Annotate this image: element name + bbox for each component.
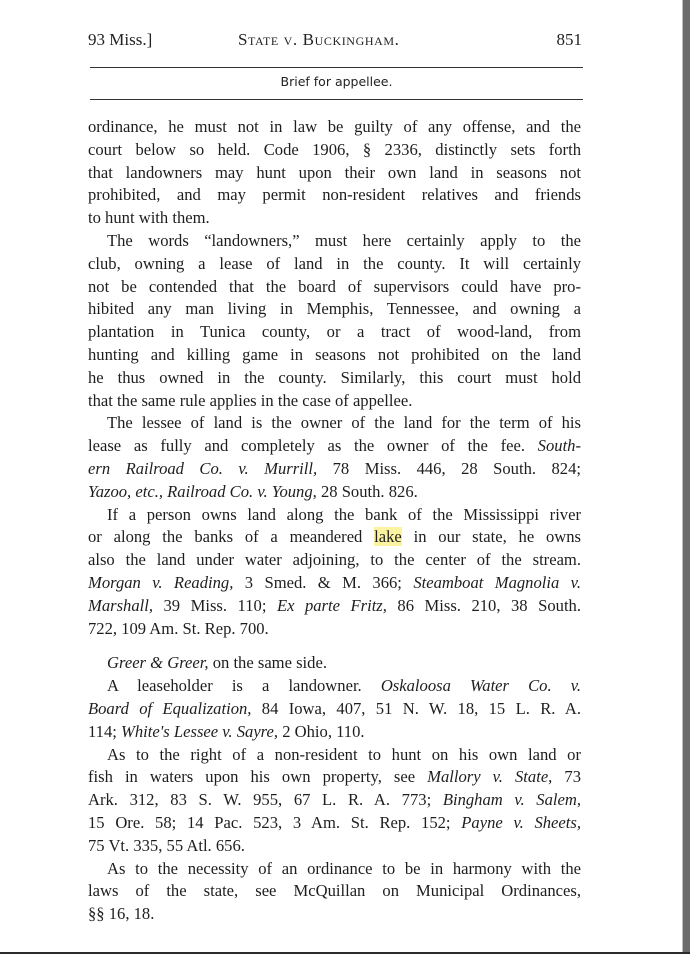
header-rule-top	[90, 67, 583, 68]
paragraph: If a person owns land along the bank of …	[88, 504, 581, 641]
text-line: The words “landowners,” must here certai…	[88, 230, 581, 253]
text-segment: not be contended that the board of super…	[88, 277, 581, 296]
text-line: or along the banks of a meandered lake i…	[88, 526, 581, 549]
text-line: ern Railroad Co. v. Murrill, 78 Miss. 44…	[88, 458, 581, 481]
text-line: that landowners may hunt upon their own …	[88, 162, 581, 185]
text-segment: laws of the state, see McQuillan on Muni…	[88, 881, 581, 900]
text-segment: If a person owns land along the bank of …	[107, 505, 581, 524]
text-segment: 86 Miss. 210, 38 South.	[387, 596, 581, 615]
text-line: A leaseholder is a landowner. Oskaloosa …	[88, 675, 581, 698]
text-segment: The words “landowners,” must here certai…	[107, 231, 581, 250]
case-citation: Marshall,	[88, 596, 153, 615]
section-subhead: Brief for appellee.	[90, 74, 583, 89]
text-line: 722, 109 Am. St. Rep. 700.	[88, 618, 581, 641]
text-line: to hunt with them.	[88, 207, 581, 230]
case-citation: Ex parte Fritz,	[277, 596, 387, 615]
text-line: ordinance, he must not in law be guilty …	[88, 116, 581, 139]
text-line: 15 Ore. 58; 14 Pac. 523, 3 Am. St. Rep. …	[88, 812, 581, 835]
case-citation: Morgan v. Reading,	[88, 573, 233, 592]
text-segment: 114;	[88, 722, 121, 741]
text-segment: 73	[552, 767, 581, 786]
text-line: 75 Vt. 335, 55 Atl. 656.	[88, 835, 581, 858]
text-segment: 39 Miss. 110;	[153, 596, 277, 615]
text-line: Board of Equalization, 84 Iowa, 407, 51 …	[88, 698, 581, 721]
paragraph: As to the right of a non-resident to hun…	[88, 744, 581, 858]
text-line: club, owning a lease of land in the coun…	[88, 253, 581, 276]
text-segment: prohibited, and may permit non-resident …	[88, 185, 581, 204]
text-line: court below so held. Code 1906, § 2336, …	[88, 139, 581, 162]
text-line: also the land under water adjoining, to …	[88, 549, 581, 572]
text-segment: 75 Vt. 335, 55 Atl. 656.	[88, 836, 245, 855]
adjacent-page-edge	[682, 0, 690, 954]
text-line: not be contended that the board of super…	[88, 276, 581, 299]
text-segment: that the same rule applies in the case o…	[88, 391, 412, 410]
text-segment: to hunt with them.	[88, 208, 210, 227]
text-segment: fish in waters upon his own property, se…	[88, 767, 427, 786]
case-citation: White's Lessee v. Sayre,	[121, 722, 278, 741]
case-title: State v. Buckingham.	[238, 30, 400, 50]
text-line: 114; White's Lessee v. Sayre, 2 Ohio, 11…	[88, 721, 581, 744]
text-segment: ordinance, he must not in law be guilty …	[88, 117, 581, 136]
paragraph: ordinance, he must not in law be guilty …	[88, 116, 581, 230]
text-segment: As to the right of a non-resident to hun…	[107, 745, 581, 764]
text-line: §§ 16, 18.	[88, 903, 581, 926]
text-segment: that landowners may hunt upon their own …	[88, 163, 581, 182]
case-citation: Oskaloosa Water Co. v.	[381, 676, 581, 695]
text-segment: As to the necessity of an ordinance to b…	[107, 859, 581, 878]
case-citation: Greer & Greer,	[107, 653, 209, 672]
text-segment: 15 Ore. 58; 14 Pac. 523, 3 Am. St. Rep. …	[88, 813, 461, 832]
text-segment: 28 South. 826.	[317, 482, 418, 501]
case-citation: Bingham v. Salem,	[443, 790, 581, 809]
case-citation: ern Railroad Co. v. Murrill,	[88, 459, 317, 478]
running-head: 93 Miss.] State v. Buckingham. 851	[88, 30, 582, 54]
text-segment: hibited any man living in Memphis, Tenne…	[88, 299, 581, 318]
text-segment: 2 Ohio, 110.	[278, 722, 365, 741]
text-segment: The lessee of land is the owner of the l…	[107, 413, 581, 432]
paragraph: Greer & Greer, on the same side.	[88, 652, 581, 675]
text-line: he thus owned in the county. Similarly, …	[88, 367, 581, 390]
paragraph-gap	[88, 640, 581, 652]
text-segment: he thus owned in the county. Similarly, …	[88, 368, 581, 387]
text-segment: 84 Iowa, 407, 51 N. W. 18, 15 L. R. A.	[251, 699, 581, 718]
paragraph: As to the necessity of an ordinance to b…	[88, 858, 581, 926]
text-segment: 722, 109 Am. St. Rep. 700.	[88, 619, 269, 638]
text-line: As to the right of a non-resident to hun…	[88, 744, 581, 767]
text-segment: in our state, he owns	[402, 527, 581, 546]
case-citation: Mallory v. State,	[427, 767, 552, 786]
case-citation: Yazoo, etc., Railroad Co. v. Young,	[88, 482, 317, 501]
text-line: Ark. 312, 83 S. W. 955, 67 L. R. A. 773;…	[88, 789, 581, 812]
text-segment: §§ 16, 18.	[88, 904, 154, 923]
highlighted-search-term: lake	[374, 527, 402, 546]
text-line: laws of the state, see McQuillan on Muni…	[88, 880, 581, 903]
text-line: Morgan v. Reading, 3 Smed. & M. 366; Ste…	[88, 572, 581, 595]
text-line: hunting and killing game in seasons not …	[88, 344, 581, 367]
text-segment: A leaseholder is a landowner.	[107, 676, 381, 695]
page-number: 851	[557, 30, 583, 50]
text-line: hibited any man living in Memphis, Tenne…	[88, 298, 581, 321]
text-line: If a person owns land along the bank of …	[88, 504, 581, 527]
paragraph: A leaseholder is a landowner. Oskaloosa …	[88, 675, 581, 743]
text-segment: hunting and killing game in seasons not …	[88, 345, 581, 364]
brief-body-text: ordinance, he must not in law be guilty …	[88, 116, 581, 926]
text-segment: court below so held. Code 1906, § 2336, …	[88, 140, 581, 159]
text-segment: also the land under water adjoining, to …	[88, 550, 581, 569]
text-line: prohibited, and may permit non-resident …	[88, 184, 581, 207]
text-line: Marshall, 39 Miss. 110; Ex parte Fritz, …	[88, 595, 581, 618]
paragraph: The lessee of land is the owner of the l…	[88, 412, 581, 503]
text-line: Yazoo, etc., Railroad Co. v. Young, 28 S…	[88, 481, 581, 504]
case-citation: Board of Equalization,	[88, 699, 251, 718]
case-citation: Steamboat Magnolia v.	[413, 573, 581, 592]
text-line: plantation in Tunica county, or a tract …	[88, 321, 581, 344]
volume-reference: 93 Miss.]	[88, 30, 152, 50]
text-segment: lease as fully and completely as the own…	[88, 436, 538, 455]
text-segment: 78 Miss. 446, 28 South. 824;	[317, 459, 581, 478]
text-segment: 3 Smed. & M. 366;	[233, 573, 413, 592]
case-citation: South-	[538, 436, 581, 455]
text-segment: or along the banks of a meandered	[88, 527, 374, 546]
text-line: As to the necessity of an ordinance to b…	[88, 858, 581, 881]
text-segment: plantation in Tunica county, or a tract …	[88, 322, 581, 341]
text-line: lease as fully and completely as the own…	[88, 435, 581, 458]
text-segment: on the same side.	[209, 653, 327, 672]
document-page: 93 Miss.] State v. Buckingham. 851 Brief…	[0, 0, 683, 952]
text-line: Greer & Greer, on the same side.	[88, 652, 581, 675]
text-line: fish in waters upon his own property, se…	[88, 766, 581, 789]
case-citation: Payne v. Sheets,	[461, 813, 581, 832]
text-line: that the same rule applies in the case o…	[88, 390, 581, 413]
paragraph: The words “landowners,” must here certai…	[88, 230, 581, 412]
text-segment: Ark. 312, 83 S. W. 955, 67 L. R. A. 773;	[88, 790, 443, 809]
text-line: The lessee of land is the owner of the l…	[88, 412, 581, 435]
text-segment: club, owning a lease of land in the coun…	[88, 254, 581, 273]
header-rule-bottom	[90, 99, 583, 100]
